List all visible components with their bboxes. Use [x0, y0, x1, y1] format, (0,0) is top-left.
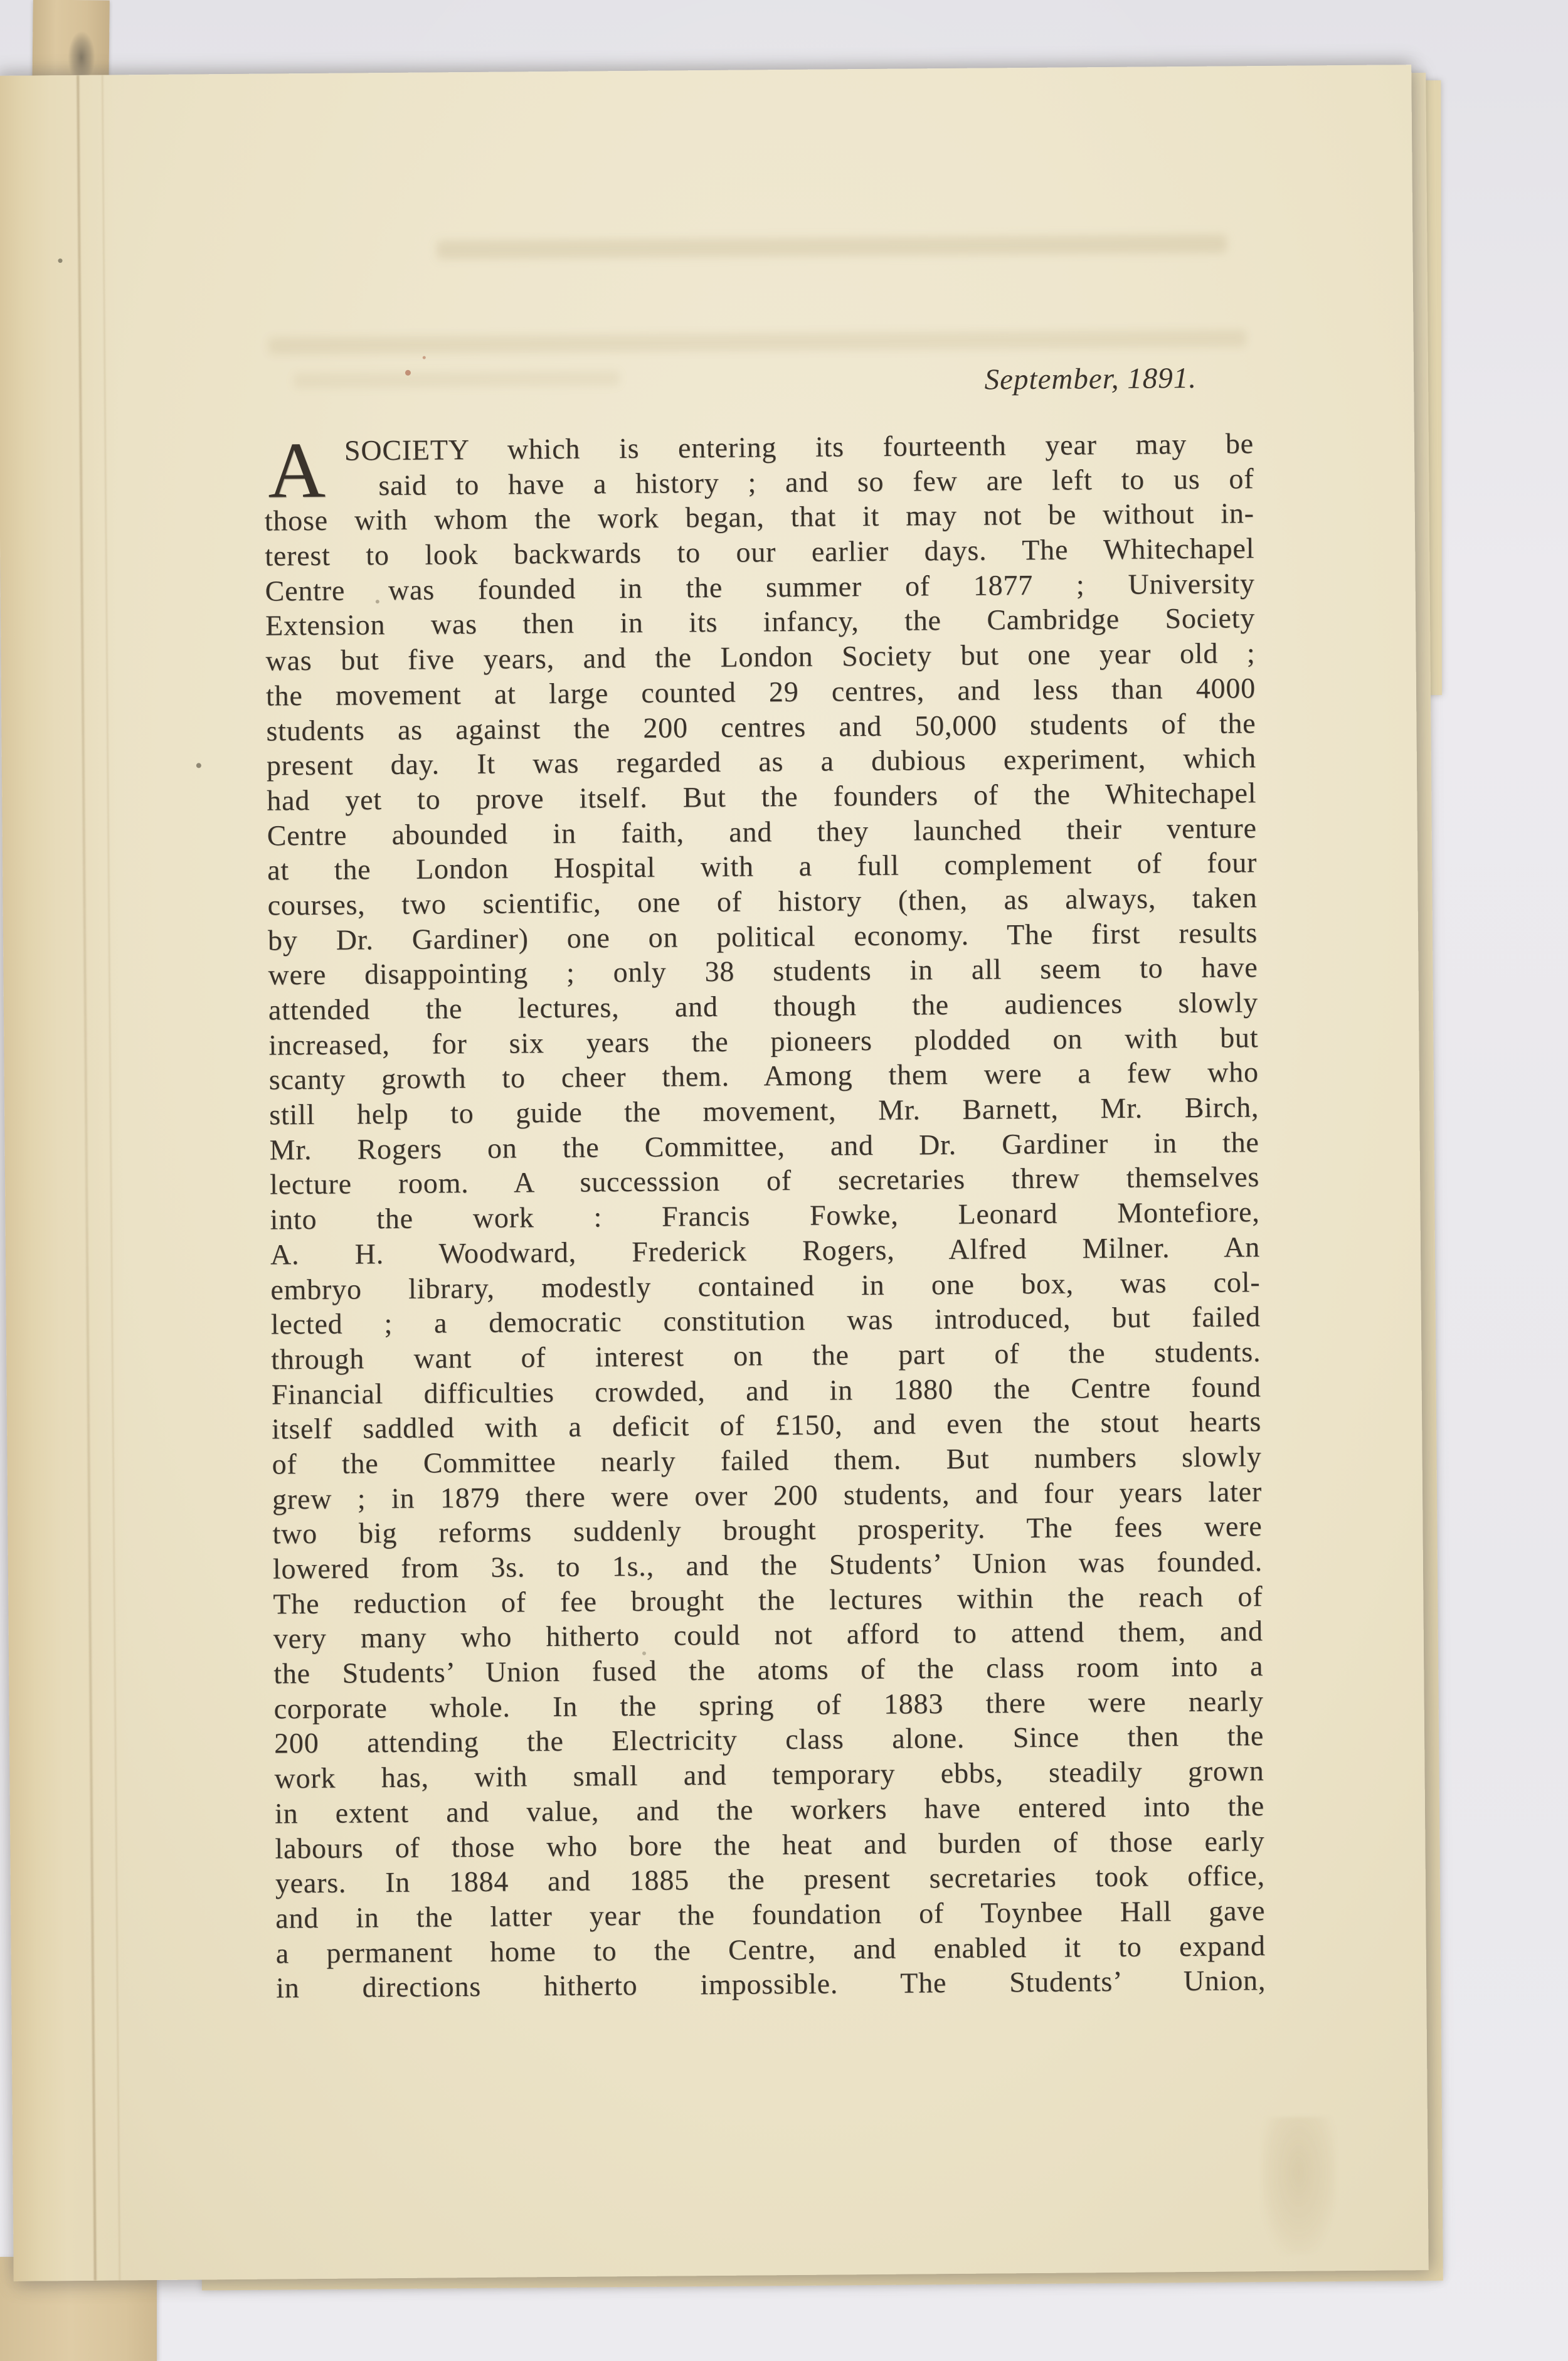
drop-cap-letter: A: [268, 431, 327, 511]
page-scan: September, 1891. A SOCIETY which is ente…: [0, 65, 1429, 2281]
page-text: A SOCIETY which is entering its fourteen…: [264, 426, 1266, 2005]
photographed-book-page: September, 1891. A SOCIETY which is ente…: [0, 0, 1568, 2361]
stain: [1261, 2116, 1337, 2255]
text-line: in directions hitherto impossible. The S…: [276, 1963, 1266, 2005]
show-through-text-bar: [437, 235, 1227, 260]
ink-speck: [196, 763, 201, 768]
ink-speck: [58, 258, 63, 263]
page-group: September, 1891. A SOCIETY which is ente…: [0, 65, 1429, 2281]
show-through-text-bar: [268, 329, 1247, 354]
bound-left-edge: [0, 75, 133, 2281]
ink-speck: [423, 356, 426, 359]
text-lines: SOCIETY which is entering its fourteenth…: [264, 426, 1266, 2005]
header-date: September, 1891.: [263, 361, 1252, 402]
